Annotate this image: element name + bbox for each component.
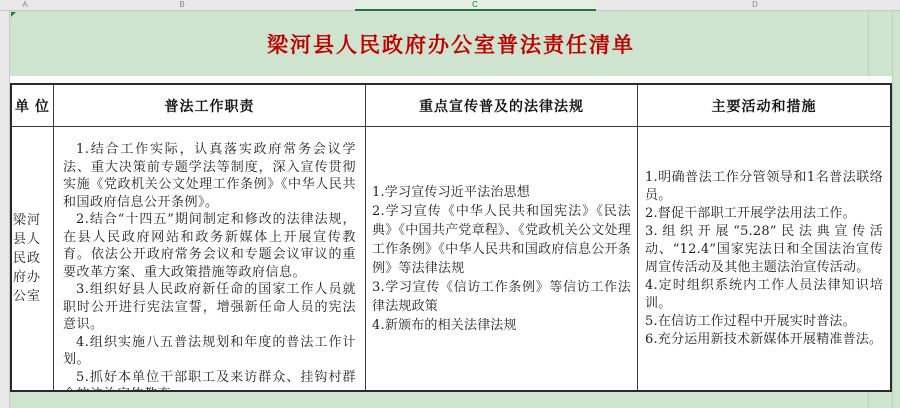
column-header-c-selected[interactable]: C bbox=[355, 0, 596, 11]
list-item: 3.学习宣传《信访工作条例》等信访工作法律法规政策 bbox=[372, 278, 631, 316]
list-item: 4.组织实施八五普法规划和年度的普法工作计划。 bbox=[63, 334, 356, 369]
header-unit[interactable]: 单 位 bbox=[12, 85, 54, 127]
responsibility-table: 单 位 普法工作职责 重点宣传普及的法律法规 主要活动和措施 梁河县人民政府办公… bbox=[10, 83, 892, 392]
header-duties[interactable]: 普法工作职责 bbox=[54, 85, 366, 127]
list-item: 2.学习宣传《中华人民共和国宪法》《民法典》《中国共产党章程》、《党政机关公文处… bbox=[372, 202, 631, 278]
header-measures[interactable]: 主要活动和措施 bbox=[638, 85, 890, 127]
title-cell[interactable]: 梁河县人民政府办公室普法责任清单 bbox=[10, 11, 892, 76]
cell-unit[interactable]: 梁河县人民政府办公室 bbox=[12, 127, 54, 390]
cell-duties[interactable]: 1.结合工作实际，认真落实政府常务会议学法、重大决策前专题学法等制度，深入宣传贯… bbox=[54, 127, 366, 390]
list-item: 5.抓好本单位干部职工及来访群众、挂钩村群众的法治宣传教育。 bbox=[63, 369, 356, 391]
column-header-strip: A B C D bbox=[0, 0, 900, 11]
row-header-strip[interactable] bbox=[0, 11, 10, 408]
column-header-c-label: C bbox=[472, 0, 478, 10]
spacer-row[interactable] bbox=[10, 76, 892, 83]
list-item: 6.充分运用新技术新媒体开展精准普法。 bbox=[645, 331, 883, 349]
column-header-b[interactable]: B bbox=[179, 0, 184, 10]
list-item: 4.新颁布的相关法律法规 bbox=[372, 316, 631, 335]
page-title: 梁河县人民政府办公室普法责任清单 bbox=[267, 29, 635, 59]
list-item: 1.学习宣传习近平法治思想 bbox=[372, 183, 631, 202]
cell-laws[interactable]: 1.学习宣传习近平法治思想2.学习宣传《中华人民共和国宪法》《民法典》《中国共产… bbox=[366, 127, 638, 390]
header-laws[interactable]: 重点宣传普及的法律法规 bbox=[366, 85, 638, 127]
list-item: 1.结合工作实际，认真落实政府常务会议学法、重大决策前专题学法等制度，深入宣传贯… bbox=[63, 141, 356, 211]
unit-name: 梁河县人民政府办公室 bbox=[13, 211, 52, 306]
list-item: 1.明确普法工作分管领导和1名普法联络员。 bbox=[645, 169, 883, 205]
column-header-d[interactable]: D bbox=[752, 0, 758, 10]
list-item: 2.督促干部职工开展学法用法工作。 bbox=[645, 205, 883, 223]
gridline bbox=[892, 11, 893, 408]
list-item: 2.结合“十四五”期间制定和修改的法律法规，在县人民政府网站和政务新媒体上开展宣… bbox=[63, 211, 356, 281]
cell-measures[interactable]: 1.明确普法工作分管领导和1名普法联络员。2.督促干部职工开展学法用法工作。3.… bbox=[638, 127, 890, 390]
list-item: 3.组织开展“5.28”民法典宣传活动、“12.4”国家宪法日和全国法治宣传周宣… bbox=[645, 223, 883, 277]
list-item: 3.组织好县人民政府新任命的国家工作人员就职时公开进行宪法宣誓，增强新任命人员的… bbox=[63, 281, 356, 334]
column-header-a[interactable]: A bbox=[22, 0, 27, 10]
cell-flag-icon bbox=[11, 12, 16, 17]
list-item: 4.定时组织系统内工作人员法律知识培训。 bbox=[645, 277, 883, 313]
list-item: 5.在信访工作过程中开展实时普法。 bbox=[645, 313, 883, 331]
